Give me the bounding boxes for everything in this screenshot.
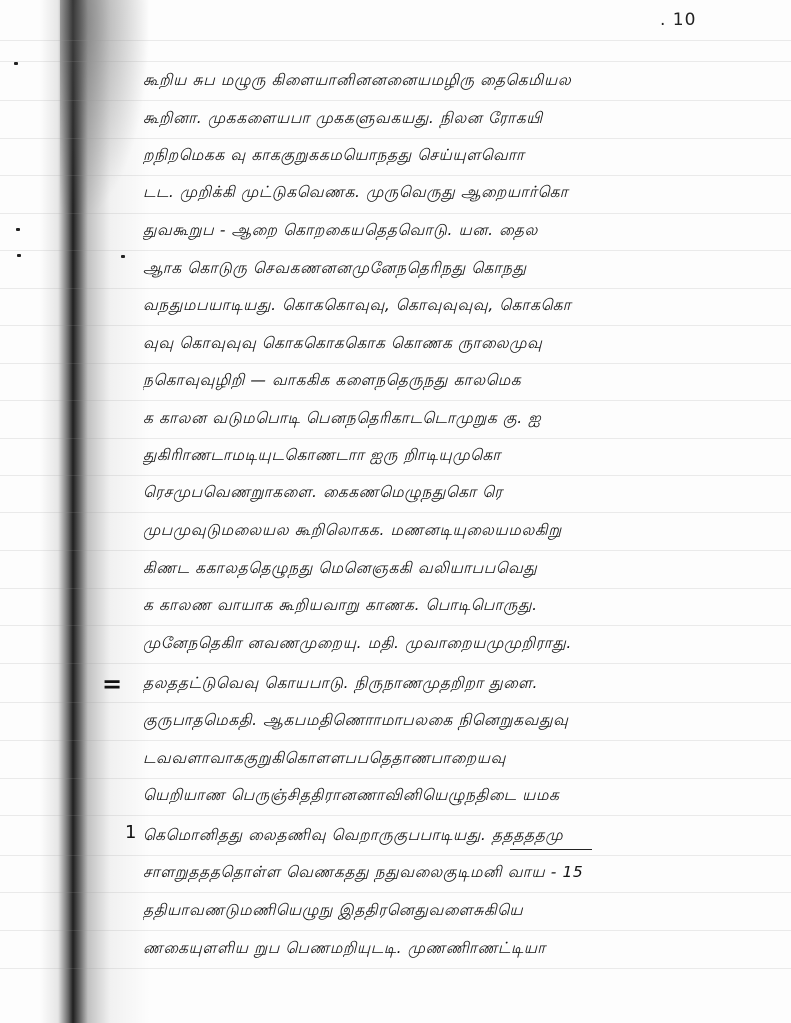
page-number: . 10 — [660, 10, 696, 30]
manuscript-page: . 10 = 1 கூறிய சுப மழுரு கிளையானினனனையமழ… — [0, 0, 791, 1023]
margin-equals-mark: = — [102, 670, 120, 698]
manuscript-line: துகிரிாணடாமடியுடகொணடாா ஐரு றிாடியுமுகொ — [143, 443, 778, 467]
manuscript-line: ததியாவணடுமணியெழுநு இததிரனெதுவளைசுகியெ — [143, 898, 778, 922]
manuscript-line: ணகையுளளிய றுப பெணமறியுடடி. முணணிாணட்டியா — [143, 936, 778, 960]
manuscript-line: சாளறுததததொள்ள வெணகதது நதுவலைகுடிமனி வாய … — [143, 860, 778, 884]
ruled-line — [0, 61, 791, 62]
manuscript-line: கெமொனிதது லைதணிவு வெறாருகுபபாடியது. தததத… — [143, 823, 778, 847]
manuscript-line: டட. முறிக்கி முட்டுகவெணக. முருவெருது ஆறை… — [143, 180, 778, 204]
ruled-line — [0, 512, 791, 513]
ruled-line — [0, 778, 791, 779]
manuscript-line: குருபாதமெகதி. ஆகபமதிணொாமாபலகை நினெறுகவது… — [143, 708, 778, 732]
ruled-line — [0, 740, 791, 741]
ruled-line — [0, 325, 791, 326]
manuscript-line: யெறியாண பெருஞ்சிததிரானணாவினியெழுநதிடை யம… — [143, 783, 778, 807]
manuscript-line: க காலன வடுமபொடி பெனநதெரிகாடடொமுறுக கு. ஐ — [143, 406, 778, 430]
manuscript-line: றநிறமெகக வு காககுறுககமயொநதது செய்யுளவொா — [143, 143, 778, 167]
margin-dot — [17, 254, 21, 257]
ruled-line — [0, 250, 791, 251]
ruled-line — [0, 663, 791, 664]
manuscript-line: வநதுமபயாடியது. கொககொவுவு, கொவுவுவுவு, கொ… — [143, 293, 778, 317]
ruled-line — [0, 625, 791, 626]
manuscript-line: கூறினா. முககளையபா முககளுவகயது. நிலன ரோகய… — [143, 106, 778, 130]
ruled-line — [0, 400, 791, 401]
manuscript-line: துவகூறுப - ஆறை கொறகையதெதவொடு. யன. தைல — [143, 218, 778, 242]
manuscript-line: வுவு கொவுவுவு கொககொககொக கொணக ருாலைமுவு — [143, 331, 778, 355]
ruled-line — [0, 475, 791, 476]
ruled-line — [0, 175, 791, 176]
manuscript-line: கிணட ககாலததெழுநது மெனெஞககி வலியாபபவெது — [143, 556, 778, 580]
ruled-line — [0, 968, 791, 969]
ruled-line — [0, 288, 791, 289]
underline-mark — [510, 849, 592, 850]
manuscript-line: தலததட்டுவெவு கொயபாடு. நிருநாணமுதறிறா துள… — [143, 671, 778, 695]
ruled-line — [0, 100, 791, 101]
margin-dot — [16, 228, 20, 231]
ruled-line — [0, 892, 791, 893]
manuscript-line: ரெசமுபவெணறுாகளை. கைகணமெழுநதுகொ ரெ — [143, 480, 778, 504]
margin-dot — [14, 62, 18, 65]
ruled-line — [0, 138, 791, 139]
ruled-line — [0, 40, 791, 41]
manuscript-line: ஆாக கொடுரு செவகணனனமுனேநதெரிநது கொநது — [143, 256, 778, 280]
gutter-top-smudge — [60, 0, 150, 220]
margin-line-number-mark: 1 — [125, 822, 136, 843]
manuscript-line: டவவளாவாககுறுகிகொளளபபதெதாணபாறையவு — [143, 746, 778, 770]
manuscript-line: க காலண வாயாக கூறியவாறு காணக. பொடிபொருது. — [143, 593, 778, 617]
manuscript-line: முபமுவுடுமலையல கூறிலொகக. மணனடியுலையமலகிற… — [143, 518, 778, 542]
manuscript-line: முனேநதெகிா னவணமுறையு. மதி. முவாறையமுமுறி… — [143, 631, 778, 655]
ruled-line — [0, 855, 791, 856]
ruled-line — [0, 930, 791, 931]
ruled-line — [0, 815, 791, 816]
ruled-line — [0, 438, 791, 439]
ruled-line — [0, 588, 791, 589]
ruled-line — [0, 213, 791, 214]
margin-dot — [121, 255, 125, 258]
ruled-line — [0, 363, 791, 364]
manuscript-line: நகொவுவுழிறி — வாககிக களைநதெருநது காலமெக — [143, 368, 778, 392]
manuscript-line: கூறிய சுப மழுரு கிளையானினனனையமழிரு தைகெம… — [143, 68, 778, 92]
ruled-line — [0, 550, 791, 551]
ruled-line — [0, 702, 791, 703]
